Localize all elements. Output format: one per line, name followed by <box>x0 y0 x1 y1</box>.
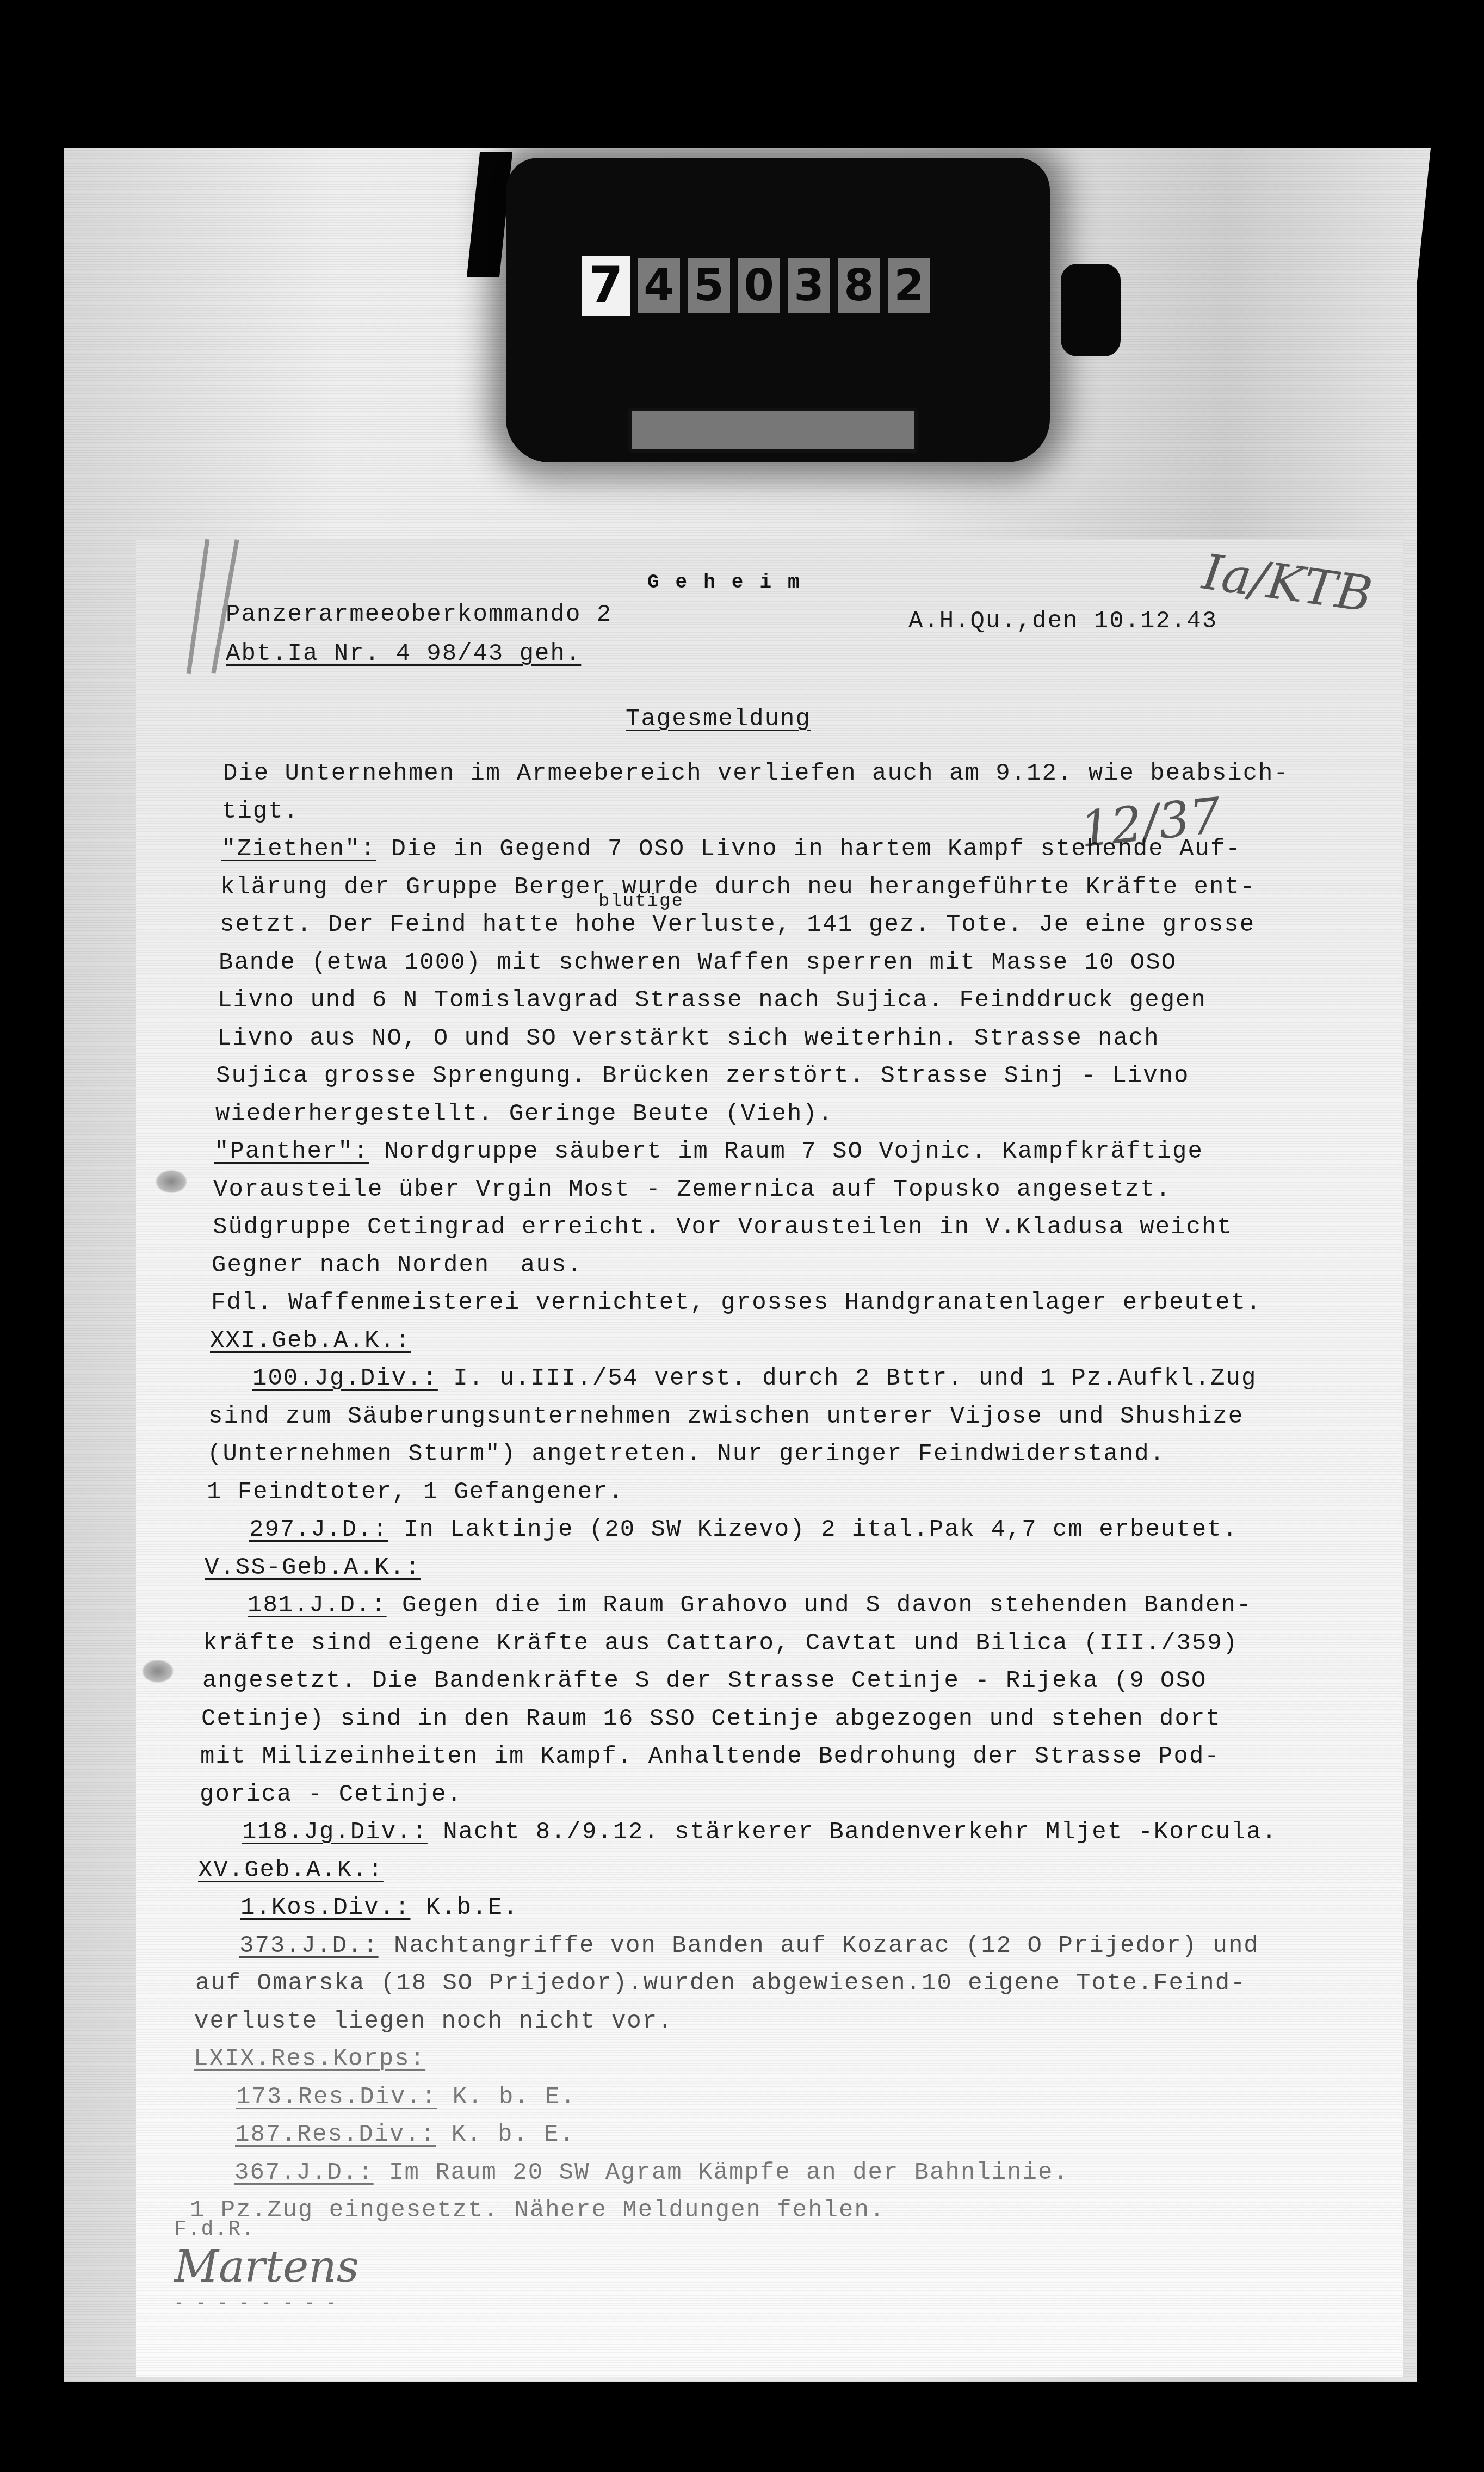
document-title: Tagesmeldung <box>626 707 811 731</box>
line-text: Nachtangriffe von Banden auf Kozarac (12… <box>379 1932 1259 1960</box>
report-line: 1 Feindtoter, 1 Gefangener. <box>207 1480 624 1504</box>
line-text: Im Raum 20 SW Agram Kämpfe an der Bahnli… <box>374 2159 1069 2186</box>
report-line: Gegner nach Norden aus. <box>212 1253 583 1277</box>
unit-label: 181.J.D.: <box>248 1592 387 1619</box>
unit-label: 367.J.D.: <box>234 2159 374 2186</box>
line-text: Livno und 6 N Tomislavgrad Strasse nach … <box>218 987 1207 1014</box>
line-text: klärung der Gruppe Berger wurde durch ne… <box>220 874 1256 901</box>
line-text: K.b.E. <box>410 1894 518 1921</box>
line-text: Nordgruppe säubert im Raum 7 SO Vojnic. … <box>369 1138 1203 1165</box>
signature-dashes: - - - - - - - - <box>174 2296 337 2312</box>
handwritten-signature: Martens <box>174 2241 359 2292</box>
line-text: Gegen die im Raum Grahovo und S davon st… <box>387 1592 1252 1619</box>
report-line: auf Omarska (18 SO Prijedor).wurden abge… <box>195 1972 1246 1995</box>
report-line: XV.Geb.A.K.: <box>198 1858 384 1882</box>
unit-label: 373.J.D.: <box>239 1932 379 1960</box>
report-line: 367.J.D.: Im Raum 20 SW Agram Kämpfe an … <box>234 2161 1069 2185</box>
line-text: I. u.III./54 verst. durch 2 Bttr. und 1 … <box>438 1365 1257 1392</box>
report-line: klärung der Gruppe Berger wurde durch ne… <box>220 875 1256 899</box>
line-text: tigt. <box>222 798 299 825</box>
report-line: 373.J.D.: Nachtangriffe von Banden auf K… <box>239 1934 1259 1958</box>
line-text: Die in Gegend 7 OSO Livno in hartem Kamp… <box>376 836 1241 863</box>
report-line: verluste liegen noch nicht vor. <box>194 2010 673 2034</box>
line-text: verluste liegen noch nicht vor. <box>194 2008 673 2035</box>
counter-digit: 3 <box>788 258 830 313</box>
report-line: angesetzt. Die Bandenkräfte S der Strass… <box>202 1669 1207 1693</box>
line-text: gorica - Cetinje. <box>200 1781 462 1808</box>
line-text: Gegner nach Norden aus. <box>212 1252 583 1279</box>
report-line: Vorausteile über Vrgin Most - Zemernica … <box>213 1178 1171 1202</box>
unit-label: "Ziethen": <box>221 836 376 863</box>
line-text: Südgruppe Cetingrad erreicht. Vor Voraus… <box>213 1214 1233 1241</box>
line-text: K. b. E. <box>437 2084 576 2111</box>
signature-block: F.d.R. <box>174 2220 255 2240</box>
line-text: 1 Pz.Zug eingesetzt. Nähere Meldungen fe… <box>190 2197 885 2224</box>
report-line: XXI.Geb.A.K.: <box>210 1329 411 1353</box>
report-line: Südgruppe Cetingrad erreicht. Vor Voraus… <box>213 1215 1233 1239</box>
unit-label: 100.Jg.Div.: <box>252 1365 438 1392</box>
report-line: setzt. Der Feind hatte hohe Verluste, 14… <box>220 913 1255 937</box>
report-line: Fdl. Waffenmeisterei vernichtet, grosses… <box>211 1291 1262 1315</box>
unit-label: 173.Res.Div.: <box>236 2084 437 2111</box>
report-line: sind zum Säuberungsunternehmen zwischen … <box>208 1405 1244 1429</box>
unit-label: 118.Jg.Div.: <box>242 1819 428 1846</box>
counter-digit: 8 <box>838 258 880 313</box>
report-line: 1.Kos.Div.: K.b.E. <box>240 1896 518 1920</box>
classification-stamp: Geheim <box>647 571 816 594</box>
line-text: In Laktinje (20 SW Kizevo) 2 ital.Pak 4,… <box>388 1516 1238 1543</box>
line-text: Nacht 8./9.12. stärkerer Bandenverkehr M… <box>428 1819 1277 1846</box>
line-text: Vorausteile über Vrgin Most - Zemernica … <box>213 1176 1171 1203</box>
unit-label: 187.Res.Div.: <box>235 2121 436 2148</box>
frame-counter: 7 4 5 0 3 8 2 <box>462 147 1131 484</box>
line-text: 1 Feindtoter, 1 Gefangener. <box>207 1479 624 1506</box>
line-text: K. b. E. <box>436 2121 575 2148</box>
counter-digit: 0 <box>738 258 780 313</box>
report-line: 297.J.D.: In Laktinje (20 SW Kizevo) 2 i… <box>249 1518 1238 1542</box>
report-line: 118.Jg.Div.: Nacht 8./9.12. stärkerer Ba… <box>242 1820 1277 1844</box>
report-line: tigt. <box>222 800 299 824</box>
report-line: LXIX.Res.Korps: <box>194 2047 425 2071</box>
counter-knob <box>1061 264 1121 356</box>
report-line: mit Milizeinheiten im Kampf. Anhaltende … <box>200 1745 1220 1769</box>
line-text: (Unternehmen Sturm") angetreten. Nur ger… <box>207 1441 1165 1468</box>
report-line: Die Unternehmen im Armeebereich verliefe… <box>223 762 1289 786</box>
unit-label: V.SS-Geb.A.K.: <box>205 1554 421 1581</box>
unit-label: XXI.Geb.A.K.: <box>210 1327 411 1355</box>
counter-digits: 7 4 5 0 3 8 2 <box>582 256 930 316</box>
report-line: wiederhergestellt. Geringe Beute (Vieh). <box>215 1102 833 1126</box>
line-text: angesetzt. Die Bandenkräfte S der Strass… <box>202 1667 1207 1695</box>
place-date: A.H.Qu.,den 10.12.43 <box>908 609 1217 633</box>
unit-label: XV.Geb.A.K.: <box>198 1857 384 1884</box>
counter-digit: 5 <box>688 258 730 313</box>
report-line: 187.Res.Div.: K. b. E. <box>235 2123 575 2147</box>
sender-line: Panzerarmeeoberkommando 2 <box>226 603 612 627</box>
report-line: kräfte sind eigene Kräfte aus Cattaro, C… <box>203 1631 1238 1655</box>
line-text: auf Omarska (18 SO Prijedor).wurden abge… <box>195 1970 1246 1997</box>
report-line: Livno und 6 N Tomislavgrad Strasse nach … <box>218 988 1207 1012</box>
report-line: Bande (etwa 1000) mit schweren Waffen sp… <box>219 951 1177 975</box>
counter-digit: 2 <box>888 258 930 313</box>
line-text: sind zum Säuberungsunternehmen zwischen … <box>208 1403 1244 1430</box>
report-line: (Unternehmen Sturm") angetreten. Nur ger… <box>207 1442 1165 1466</box>
counter-digit: 4 <box>638 258 680 313</box>
line-text: Die Unternehmen im Armeebereich verliefe… <box>223 760 1289 787</box>
line-text: mit Milizeinheiten im Kampf. Anhaltende … <box>200 1743 1220 1770</box>
paper-fold-mark <box>187 539 210 675</box>
unit-label: LXIX.Res.Korps: <box>194 2045 425 2073</box>
report-line: "Ziethen": Die in Gegend 7 OSO Livno in … <box>221 837 1241 861</box>
report-line: Livno aus NO, O und SO verstärkt sich we… <box>217 1027 1160 1050</box>
report-line: 173.Res.Div.: K. b. E. <box>236 2085 576 2109</box>
counter-digit: 7 <box>582 256 630 316</box>
report-line: gorica - Cetinje. <box>200 1783 462 1807</box>
report-line: "Panther": Nordgruppe säubert im Raum 7 … <box>214 1140 1203 1164</box>
line-text: Cetinje) sind in den Raum 16 SSO Cetinje… <box>201 1705 1221 1733</box>
line-text: setzt. Der Feind hatte hohe Verluste, 14… <box>220 911 1255 938</box>
reference-line: Abt.Ia Nr. 4 98/43 geh. <box>226 642 581 666</box>
report-line: 1 Pz.Zug eingesetzt. Nähere Meldungen fe… <box>190 2198 885 2222</box>
report-line: 100.Jg.Div.: I. u.III./54 verst. durch 2… <box>252 1367 1257 1390</box>
line-text: Bande (etwa 1000) mit schweren Waffen sp… <box>219 949 1177 977</box>
unit-label: "Panther": <box>214 1138 369 1165</box>
unit-label: 1.Kos.Div.: <box>240 1894 410 1921</box>
report-line: Sujica grosse Sprengung. Brücken zerstör… <box>216 1064 1189 1088</box>
report-line: Cetinje) sind in den Raum 16 SSO Cetinje… <box>201 1707 1221 1731</box>
line-text: Fdl. Waffenmeisterei vernichtet, grosses… <box>211 1289 1262 1317</box>
line-text: wiederhergestellt. Geringe Beute (Vieh). <box>215 1101 833 1128</box>
punch-hole-mark <box>141 1659 174 1683</box>
counter-label-window <box>628 408 918 453</box>
line-text: kräfte sind eigene Kräfte aus Cattaro, C… <box>203 1630 1238 1657</box>
line-text: Sujica grosse Sprengung. Brücken zerstör… <box>216 1062 1189 1090</box>
report-line: 181.J.D.: Gegen die im Raum Grahovo und … <box>248 1593 1252 1617</box>
line-text: Livno aus NO, O und SO verstärkt sich we… <box>217 1025 1160 1052</box>
unit-label: 297.J.D.: <box>249 1516 388 1543</box>
report-line: V.SS-Geb.A.K.: <box>205 1556 421 1580</box>
punch-hole-mark <box>155 1170 188 1194</box>
